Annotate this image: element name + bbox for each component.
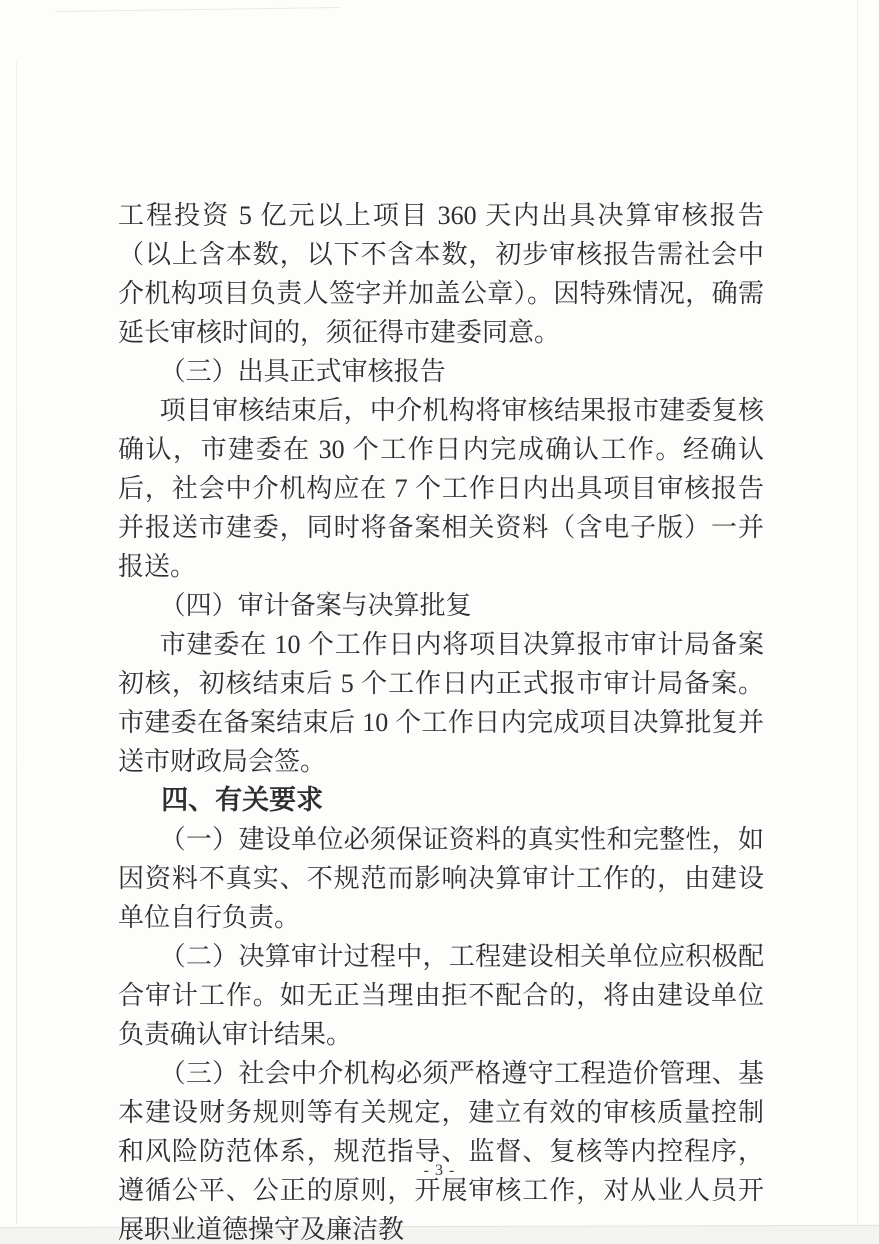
paragraph-formal-report: 项目审核结束后，中介机构将审核结果报市建委复核确认，市建委在 30 个工作日内完…: [118, 391, 764, 586]
page-number: - 3 -: [0, 1162, 879, 1180]
subheading-section-3: （三）出具正式审核报告: [118, 352, 764, 391]
heading-requirements: 四、有关要求: [118, 781, 764, 820]
scan-edge-top: [55, 7, 340, 12]
paragraph-requirement-1: （一）建设单位必须保证资料的真实性和完整性，如因资料不真实、不规范而影响决算审计…: [118, 820, 764, 937]
scan-edge-right: [857, 0, 858, 1224]
scanned-document-page: 工程投资 5 亿元以上项目 360 天内出具决算审核报告（以上含本数，以下不含本…: [0, 0, 879, 1244]
paragraph-requirement-3: （三）社会中介机构必须严格遵守工程造价管理、基本建设财务规则等有关规定，建立有效…: [118, 1054, 764, 1244]
paragraph-audit-filing: 市建委在 10 个工作日内将项目决算报市审计局备案初核，初核结束后 5 个工作日…: [118, 625, 764, 781]
paragraph-continuation: 工程投资 5 亿元以上项目 360 天内出具决算审核报告（以上含本数，以下不含本…: [118, 196, 764, 352]
document-body: 工程投资 5 亿元以上项目 360 天内出具决算审核报告（以上含本数，以下不含本…: [118, 196, 764, 1244]
paragraph-requirement-2: （二）决算审计过程中，工程建设相关单位应积极配合审计工作。如无正当理由拒不配合的…: [118, 937, 764, 1054]
subheading-section-4: （四）审计备案与决算批复: [118, 586, 764, 625]
scan-edge-left: [16, 60, 17, 1224]
